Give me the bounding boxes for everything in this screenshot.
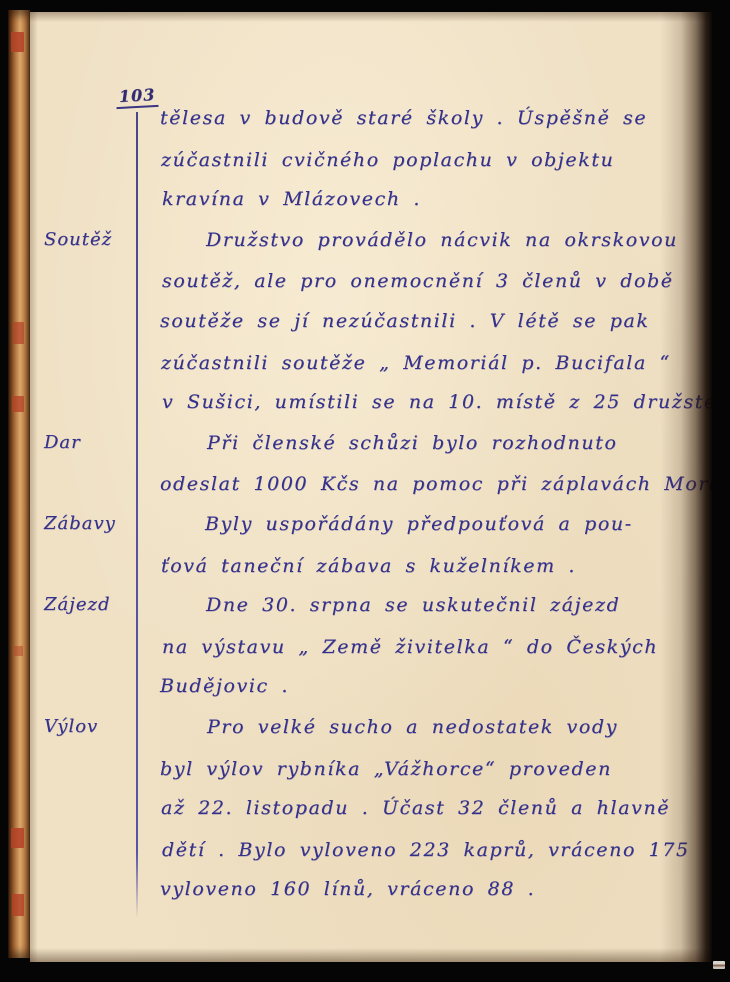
text-line: na výstavu „ Země živitelka “ do Českých	[30, 626, 712, 667]
handwritten-text: Družstvo provádělo nácvik na okrskovou	[206, 220, 712, 260]
text-line: soutěž, ale pro onemocnění 3 členů v dob…	[30, 260, 712, 301]
margin-label: Soutěž	[44, 220, 112, 260]
red-page-edge-mark	[12, 396, 24, 412]
text-line: ťová taneční zábava s kuželníkem .	[30, 545, 712, 586]
handwritten-text: zúčastnili cvičného poplachu v objektu	[161, 140, 712, 180]
handwritten-text: soutěž, ale pro onemocnění 3 členů v dob…	[162, 261, 712, 301]
margin-label: Výlov	[44, 707, 98, 747]
handwritten-text: kravína v Mlázovech .	[162, 179, 712, 219]
text-line: vyloveno 160 línů, vráceno 88 .	[30, 869, 712, 910]
text-line: SoutěžDružstvo provádělo nácvik na okrsk…	[30, 220, 712, 261]
text-line: zúčastnili soutěže „ Memoriál p. Bucifal…	[30, 342, 712, 383]
handwritten-text: vyloveno 160 línů, vráceno 88 .	[160, 869, 712, 909]
margin-label: Dar	[44, 423, 81, 463]
text-line: DarPři členské schůzi bylo rozhodnuto	[30, 423, 712, 464]
scanned-book-page: 103 tělesa v budově staré školy . Úspěšn…	[0, 0, 730, 982]
text-line: soutěže se jí nezúčastnili . V létě se p…	[30, 301, 712, 342]
page-shadow-top	[30, 12, 712, 22]
handwritten-text: Budějovic .	[160, 666, 712, 706]
text-line: v Sušici, umístili se na 10. místě z 25 …	[30, 382, 712, 423]
handwritten-text: tělesa v budově staré školy . Úspěšně se	[160, 98, 712, 138]
text-block: tělesa v budově staré školy . Úspěšně se…	[30, 98, 712, 910]
margin-label: Zábavy	[44, 504, 116, 544]
margin-label: Zájezd	[44, 585, 110, 625]
red-page-edge-mark	[13, 322, 24, 344]
text-line: zúčastnili cvičného poplachu v objektu	[30, 139, 712, 180]
book-page-edges-strip	[8, 10, 30, 958]
handwritten-text: v Sušici, umístili se na 10. místě z 25 …	[162, 382, 712, 422]
chronicle-page: 103 tělesa v budově staré školy . Úspěšn…	[30, 12, 712, 962]
handwritten-text: zúčastnili soutěže „ Memoriál p. Bucifal…	[161, 343, 712, 383]
text-line: tělesa v budově staré školy . Úspěšně se	[30, 98, 712, 139]
red-page-edge-mark	[14, 646, 23, 656]
text-line: ZájezdDne 30. srpna se uskutečnil zájezd	[30, 585, 712, 626]
text-line: dětí . Bylo vyloveno 223 kaprů, vráceno …	[30, 829, 712, 870]
scan-artifact	[713, 961, 725, 969]
handwritten-text: odeslat 1000 Kčs na pomoc při záplavách …	[160, 464, 712, 504]
text-line: odeslat 1000 Kčs na pomoc při záplavách …	[30, 463, 712, 504]
handwritten-text: ťová taneční zábava s kuželníkem .	[161, 546, 712, 586]
page-shadow-bottom	[30, 948, 712, 962]
handwritten-text: soutěže se jí nezúčastnili . V létě se p…	[160, 301, 712, 341]
handwritten-text: Při členské schůzi bylo rozhodnuto	[207, 423, 712, 463]
text-line: kravína v Mlázovech .	[30, 179, 712, 220]
handwritten-text: na výstavu „ Země živitelka “ do Českých	[162, 627, 712, 667]
handwritten-text: dětí . Bylo vyloveno 223 kaprů, vráceno …	[162, 830, 712, 870]
red-page-edge-mark	[11, 32, 24, 52]
red-page-edge-mark	[11, 828, 24, 848]
handwritten-text: Pro velké sucho a nedostatek vody	[207, 707, 712, 747]
red-page-edge-mark	[12, 894, 24, 916]
text-line: ZábavyByly uspořádány předpouťová a pou-	[30, 504, 712, 545]
text-line: až 22. listopadu . Účast 32 členů a hlav…	[30, 788, 712, 829]
text-line: VýlovPro velké sucho a nedostatek vody	[30, 707, 712, 748]
handwritten-text: až 22. listopadu . Účast 32 členů a hlav…	[161, 788, 712, 828]
text-line: Budějovic .	[30, 666, 712, 707]
text-line: byl výlov rybníka „Vážhorce“ proveden	[30, 748, 712, 789]
handwritten-text: byl výlov rybníka „Vážhorce“ proveden	[160, 749, 712, 789]
handwritten-text: Byly uspořádány předpouťová a pou-	[205, 504, 712, 544]
handwritten-text: Dne 30. srpna se uskutečnil zájezd	[206, 585, 712, 625]
